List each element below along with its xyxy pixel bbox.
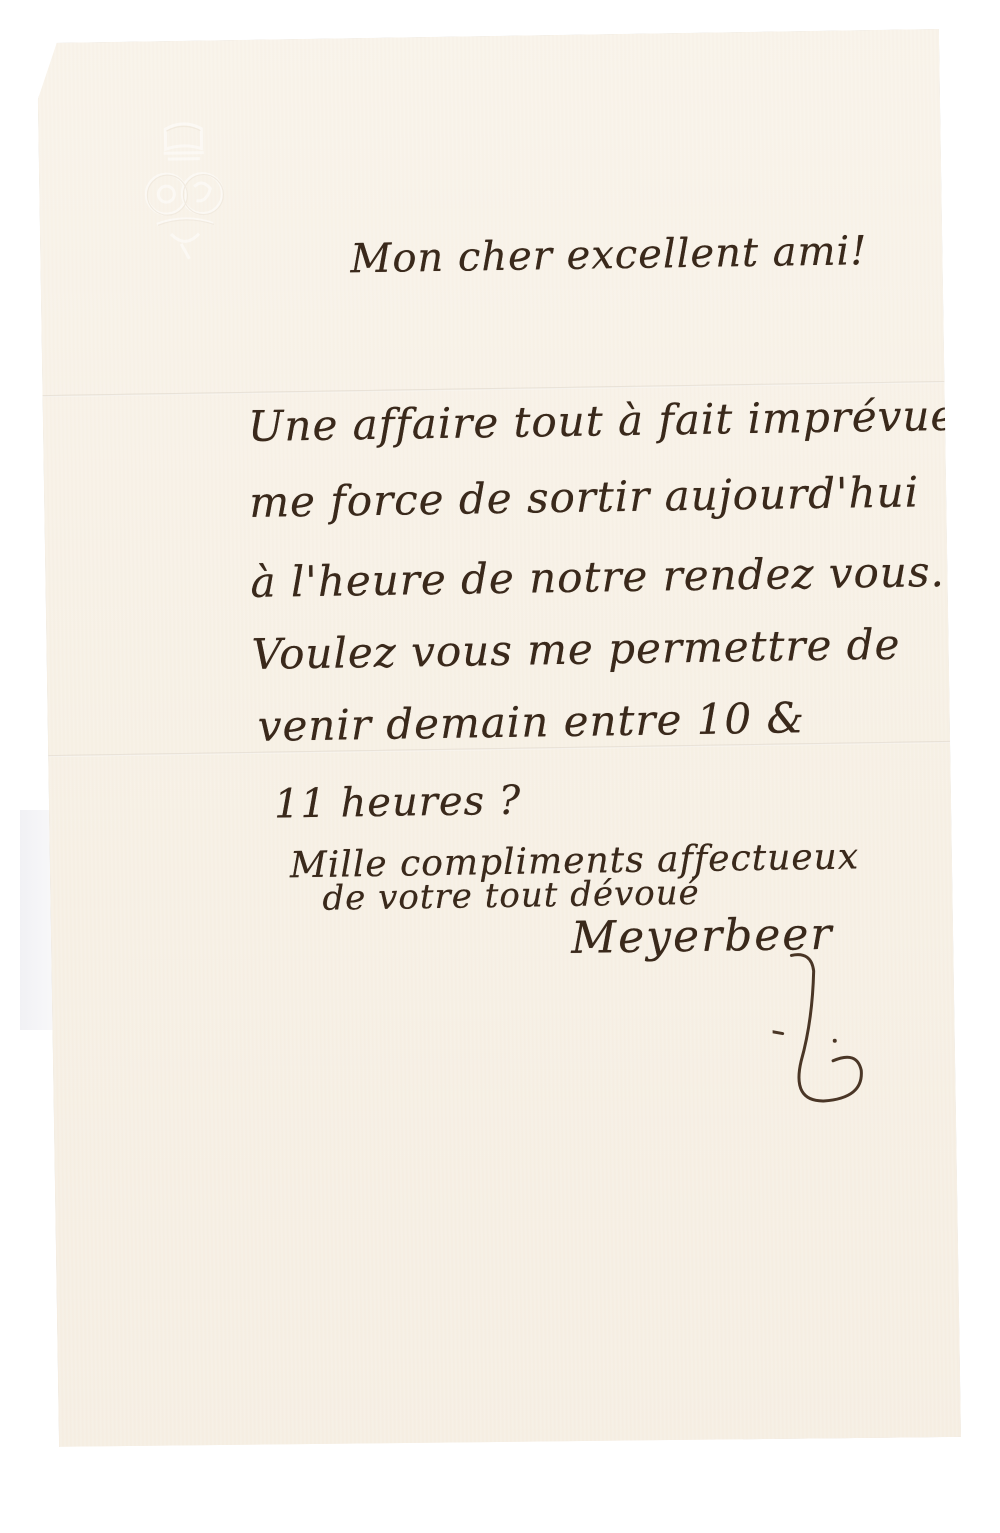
body-line: venir demain entre 10 & (257, 693, 805, 751)
body-line: Voulez vous me permettre de (251, 620, 901, 679)
signature-flourish-icon (771, 950, 883, 1112)
body-line: me force de sortir aujourd'hui (249, 467, 920, 527)
salutation: Mon cher excellent ami! (350, 228, 868, 282)
letter-sheet: Mon cher excellent ami! Une affaire tout… (37, 29, 961, 1451)
body-line: 11 heures ? (274, 778, 522, 828)
body-line: à l'heure de notre rendez vous. (250, 547, 945, 607)
scan-background: Mon cher excellent ami! Une affaire tout… (0, 0, 1000, 1533)
body-line: Une affaire tout à fait imprévue (248, 391, 957, 451)
letter-content: Mon cher excellent ami! Une affaire tout… (37, 29, 961, 1451)
